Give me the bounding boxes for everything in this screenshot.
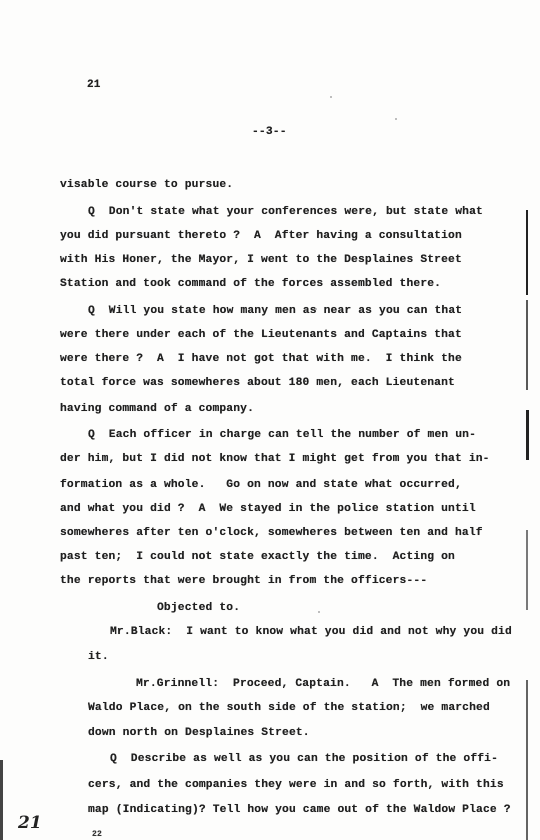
transcript-line: der him, but I did not know that I might… xyxy=(60,452,490,466)
transcript-line: formation as a whole. Go on now and stat… xyxy=(60,478,462,492)
transcript-line: total force was somewheres about 180 men… xyxy=(60,376,455,390)
transcript-line: Mr.Black: I want to know what you did an… xyxy=(110,625,512,639)
transcript-line: Station and took command of the forces a… xyxy=(60,277,441,291)
transcript-line: with His Honer, the Mayor, I went to the… xyxy=(60,253,462,267)
transcript-line: you did pursuant thereto ? A After havin… xyxy=(60,229,462,243)
transcript-line: and what you did ? A We stayed in the po… xyxy=(60,502,476,516)
margin-rule xyxy=(526,300,528,390)
transcript-line: Mr.Grinnell: Proceed, Captain. A The men… xyxy=(136,677,510,691)
transcript-line: the reports that were brought in from th… xyxy=(60,574,427,588)
transcript-line: Q Describe as well as you can the positi… xyxy=(110,752,498,766)
transcript-line: somewheres after ten o'clock, somewheres… xyxy=(60,526,483,540)
transcript-line: down north on Desplaines Street. xyxy=(88,726,310,740)
handwritten-margin-number: 21 xyxy=(18,813,42,833)
page-number-top: 21 xyxy=(87,78,101,92)
transcript-line: Waldo Place, on the south side of the st… xyxy=(88,701,490,715)
transcript-line: cers, and the companies they were in and… xyxy=(88,778,504,792)
transcript-line: having command of a company. xyxy=(60,402,254,416)
transcript-page: 21 --3-- visable course to pursue.Q Don'… xyxy=(0,0,540,840)
margin-rule xyxy=(526,410,529,460)
transcript-line: visable course to pursue. xyxy=(60,178,233,192)
struck-mark: 22 xyxy=(92,828,102,840)
scan-speck xyxy=(315,308,317,310)
scan-edge xyxy=(0,760,3,840)
page-separator: --3-- xyxy=(252,125,287,139)
margin-rule xyxy=(526,530,528,610)
margin-rule xyxy=(526,680,528,840)
transcript-line: were there ? A I have not got that with … xyxy=(60,352,462,366)
scan-speck xyxy=(318,611,320,613)
scan-speck xyxy=(395,118,397,120)
transcript-line: it. xyxy=(88,650,109,664)
transcript-line: Q Don't state what your conferences were… xyxy=(88,205,483,219)
transcript-line: past ten; I could not state exactly the … xyxy=(60,550,455,564)
margin-rule xyxy=(526,210,528,295)
transcript-line: Q Will you state how many men as near as… xyxy=(88,304,462,318)
scan-speck xyxy=(330,96,332,98)
transcript-line: were there under each of the Lieutenants… xyxy=(60,328,462,342)
transcript-line: Q Each officer in charge can tell the nu… xyxy=(88,428,476,442)
transcript-line: Objected to. xyxy=(157,601,240,615)
transcript-line: map (Indicating)? Tell how you came out … xyxy=(88,803,511,817)
